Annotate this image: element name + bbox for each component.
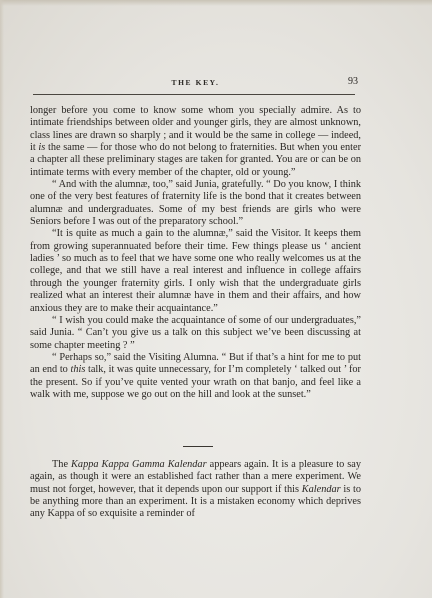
page-number: 93 [348, 76, 358, 87]
page-edge-shadow [0, 0, 432, 6]
running-title: THE KEY. [33, 78, 358, 87]
body-text-section-2: The Kappa Kappa Gamma Kalendar appears a… [30, 459, 361, 521]
body-text: longer before you come to know some whom… [30, 105, 361, 401]
paragraph-6: The Kappa Kappa Gamma Kalendar appears a… [30, 459, 361, 521]
paragraph-4: “ I wish you could make the acquaintance… [30, 315, 361, 352]
paragraph-3: “It is quite as much a gain to the alumn… [30, 228, 361, 314]
page-edge-shadow-left [0, 0, 4, 598]
paragraph-5: “ Perhaps so,” said the Visiting Alumna.… [30, 352, 361, 401]
header-rule [33, 94, 355, 95]
section-separator [183, 446, 213, 447]
page-header: THE KEY. 93 [33, 78, 358, 92]
paragraph-1: longer before you come to know some whom… [30, 105, 361, 179]
paragraph-2: “ And with the alumnæ, too,” said Junia,… [30, 179, 361, 228]
